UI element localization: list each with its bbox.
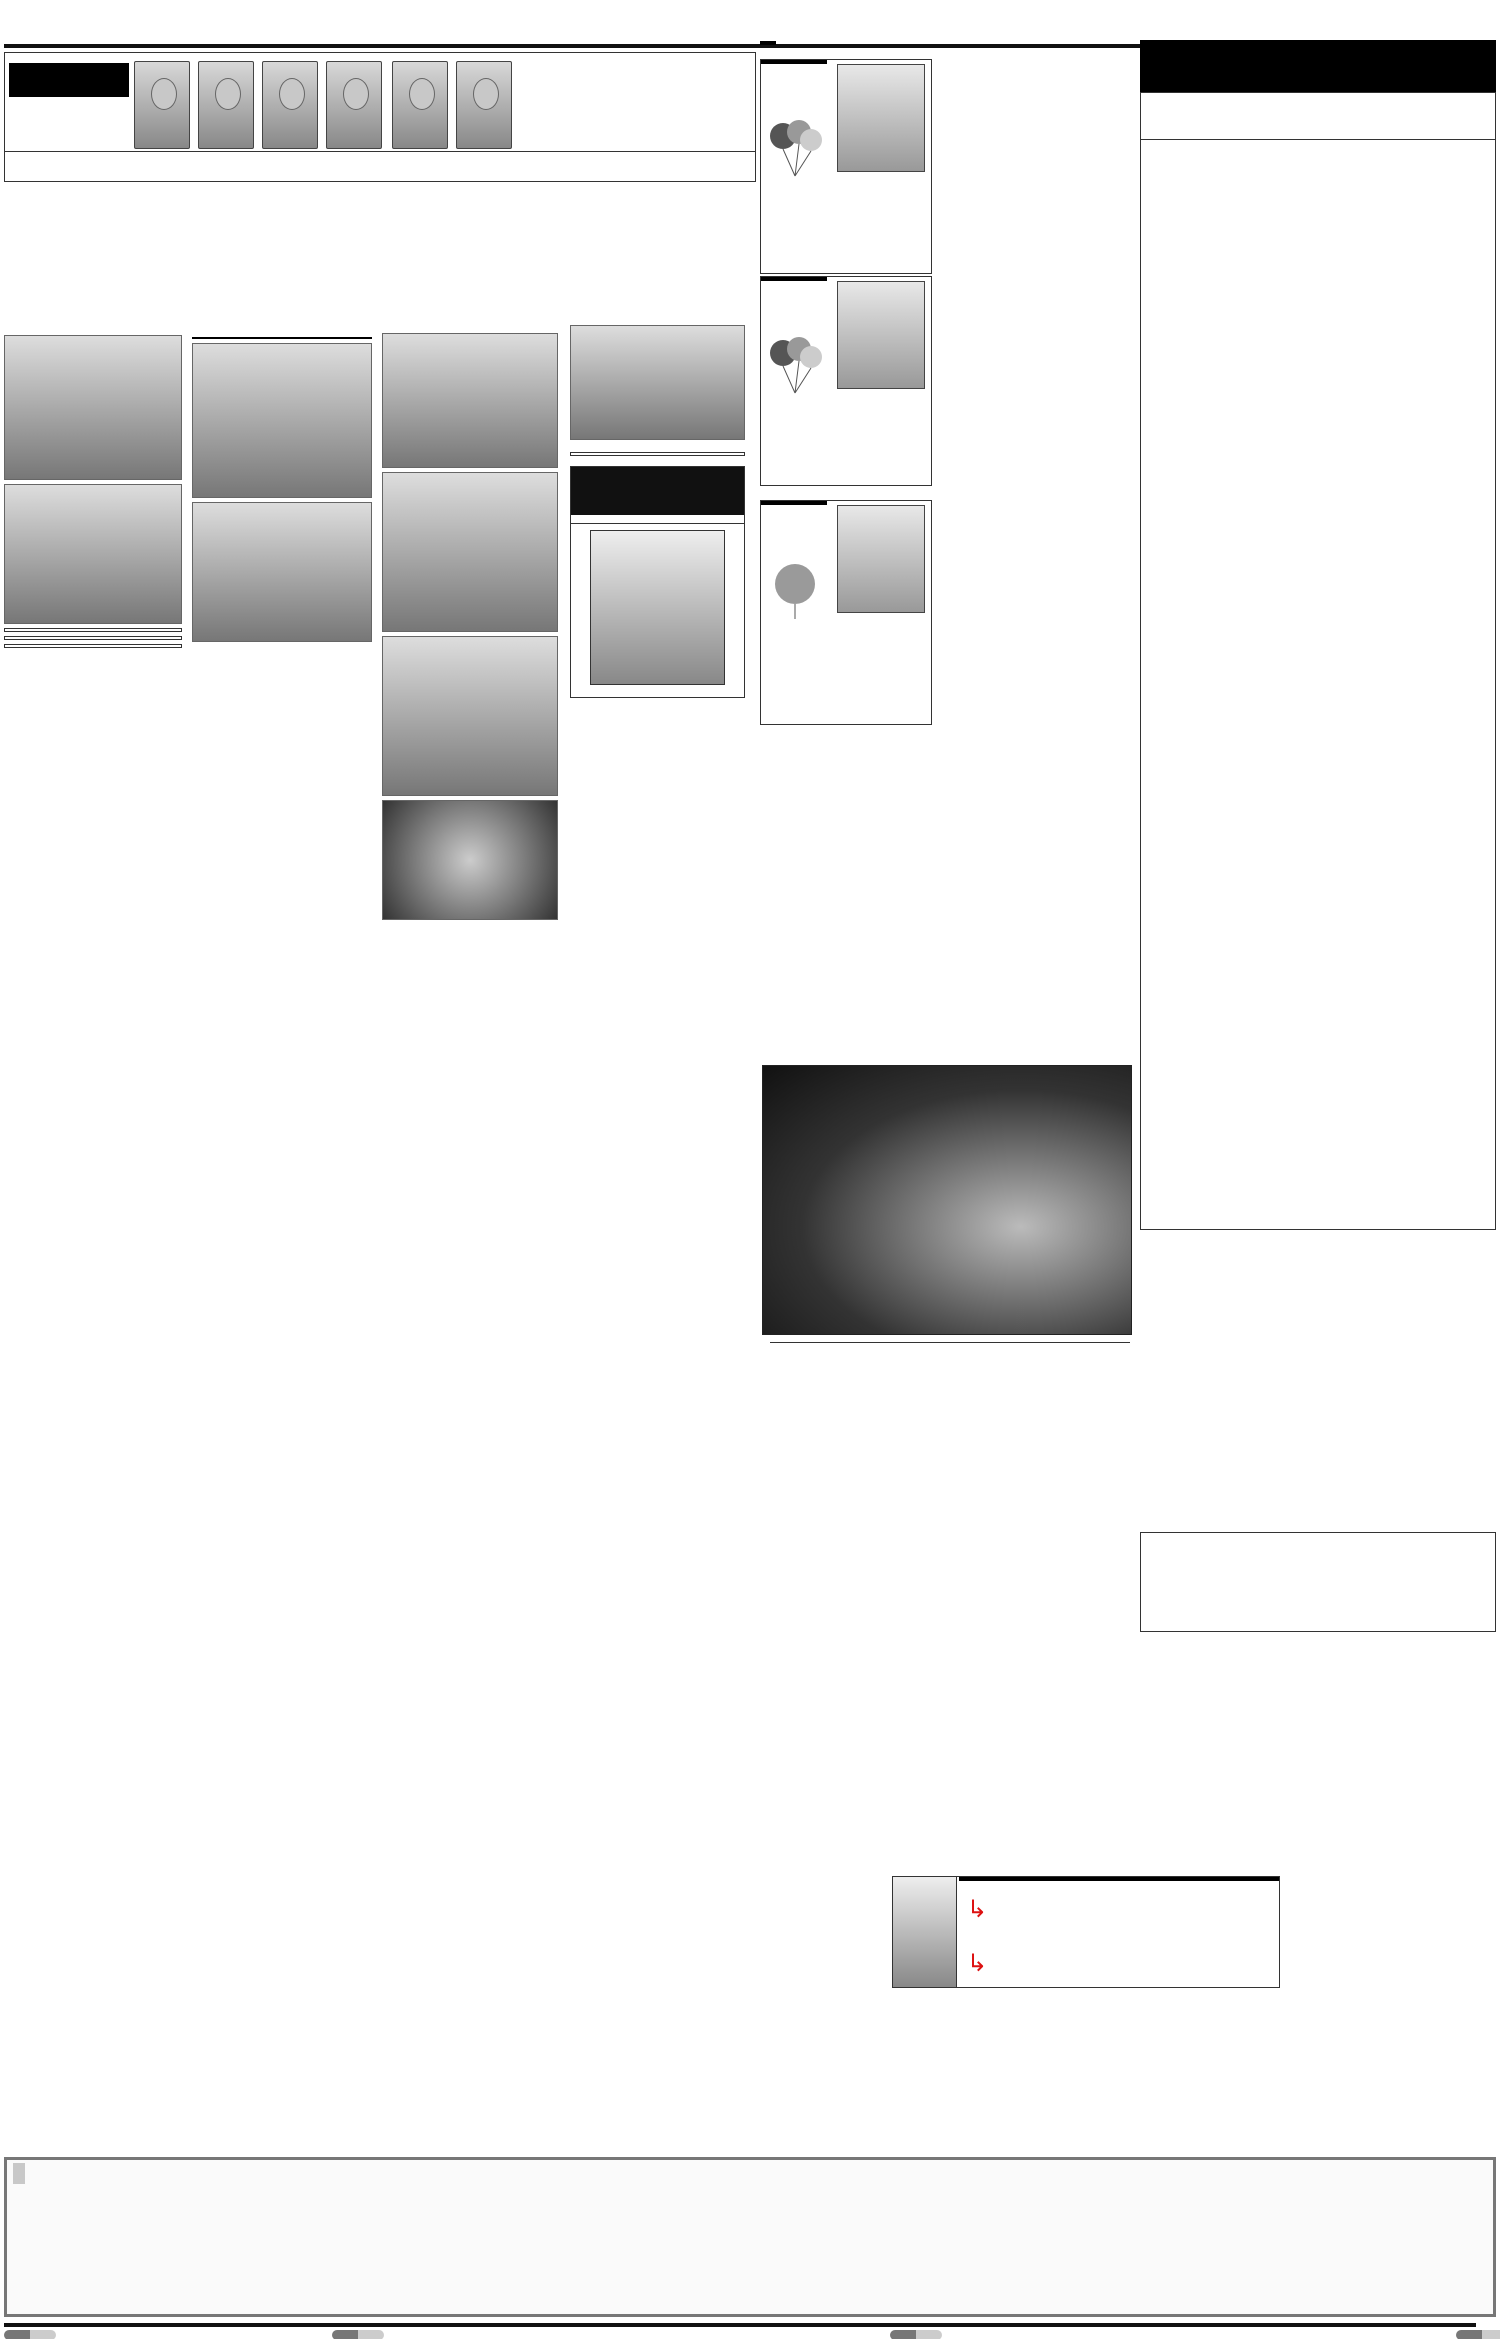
balloons-icon [765,335,825,395]
loan-image [570,325,745,440]
page-header-left [8,2,16,41]
birthday-tag [761,60,827,64]
train-news-body [762,1362,1132,1652]
child-photo [262,61,318,149]
birthday-photo [837,505,925,613]
birthday-tag [761,277,827,281]
classified-ad [4,644,182,648]
horoscope-subtitle [1140,92,1496,140]
notice-box [570,452,745,456]
page-scroll-pill [1456,2330,1500,2339]
page-scroll-pill [332,2330,384,2339]
bottom-news-inset: ↳ ↳ [892,1876,1280,1988]
affidavit-header [760,41,776,45]
astrology-image [382,800,558,920]
train-photo-caption [770,1340,1130,1343]
child-entry [261,61,319,151]
child-entry [133,61,191,151]
child-photo [134,61,190,149]
birthday-card-3 [760,500,932,725]
balloons-icon [765,118,825,178]
child-entry [325,61,383,151]
classified-booking-box [4,2157,1496,2317]
business-image [382,636,558,796]
inset-banner [959,1877,1279,1881]
column-loan [570,325,745,2115]
birthday-photo [837,281,925,389]
education-image [382,472,558,632]
child-entry [197,61,255,151]
general-header [192,337,372,339]
obituary-photo [590,530,725,685]
birthday-tag [761,501,827,505]
healthcare-image [382,333,558,468]
obituary-code [571,695,744,697]
footer-rule [4,2323,1476,2327]
realestate-image [4,484,182,624]
child-photo [392,61,448,149]
tolet-image [192,343,372,498]
inset-line-3: ↳ [967,1951,987,1977]
inset-photo [893,1877,957,1987]
flower-icon [765,559,825,619]
birthday-card-1 [760,59,932,274]
classified-ad [4,628,182,632]
child-entry [455,61,513,151]
child-photo [456,61,512,149]
page-scroll-pill [890,2330,942,2339]
horoscope-body [1140,140,1496,1230]
train-photo [762,1065,1132,1335]
obituary [570,466,745,698]
contest-title [9,63,129,97]
classified-ad [4,636,182,640]
contest-note [5,151,755,181]
booking-lead [13,2163,25,2184]
classified-banner [4,228,564,328]
automobile-image [4,335,182,480]
child-photo-contest [4,52,756,182]
birthday-photo [837,64,925,172]
child-photo [326,61,382,149]
obituary-header [571,467,744,515]
column-property-general [192,333,372,2113]
packers-image [192,502,372,642]
birthday-card-2 [760,276,932,486]
column-affidavit-birthdays [760,38,932,978]
column-name-change-news [940,38,1132,958]
column-health-education [382,333,558,2113]
page-scroll-pill [4,2330,56,2339]
arrow-icon: ↳ [967,1950,987,1977]
obituary-sub [571,515,744,524]
inset-line-1: ↳ [967,1897,987,1923]
horoscope-footer-note [1140,1532,1496,1632]
child-entry [391,61,449,151]
arrow-icon: ↳ [967,1896,987,1923]
horoscope-title [1140,40,1496,92]
child-photo [198,61,254,149]
column-automobile-realestate [4,335,182,2145]
